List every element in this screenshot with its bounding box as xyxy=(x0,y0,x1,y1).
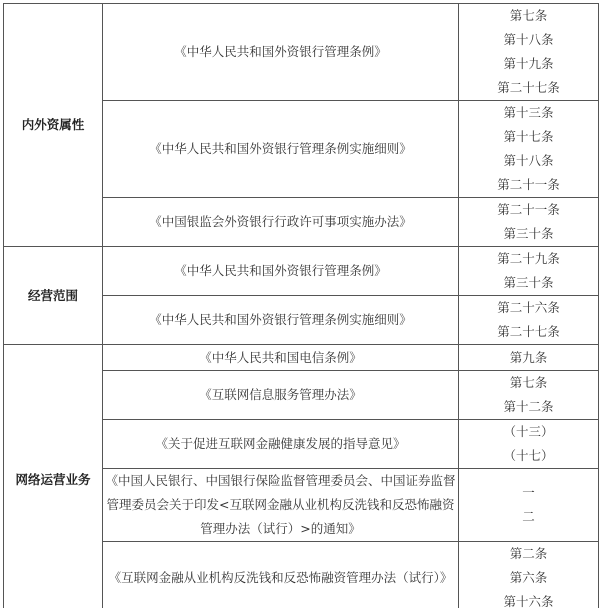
category-cell: 内外资属性 xyxy=(4,4,103,247)
law-title-cell: 《中国银监会外资银行行政许可事项实施办法》 xyxy=(103,198,459,247)
articles-cell: 第二十九条第三十条 xyxy=(459,247,599,296)
table-row: 经营范围《中华人民共和国外资银行管理条例》第二十九条第三十条 xyxy=(4,247,599,296)
article-item: 第三十条 xyxy=(459,271,598,295)
article-item: 第二十一条 xyxy=(459,198,598,222)
article-item: 第六条 xyxy=(459,566,598,590)
article-item: 第十七条 xyxy=(459,125,598,149)
article-item: 第七条 xyxy=(459,4,598,28)
article-item: 第二十一条 xyxy=(459,173,598,197)
article-item: 第十六条 xyxy=(459,590,598,608)
article-item: 第十二条 xyxy=(459,395,598,419)
articles-cell: （十三）（十七） xyxy=(459,420,599,469)
article-item: 第三十条 xyxy=(459,222,598,246)
category-cell: 网络运营业务 xyxy=(4,345,103,608)
article-item: 第九条 xyxy=(459,346,598,370)
regulations-table-body: 内外资属性《中华人民共和国外资银行管理条例》第七条第十八条第十九条第二十七条《中… xyxy=(4,4,599,608)
regulations-table: 内外资属性《中华人民共和国外资银行管理条例》第七条第十八条第十九条第二十七条《中… xyxy=(3,3,599,608)
article-item: 第十九条 xyxy=(459,52,598,76)
law-title-cell: 《中华人民共和国外资银行管理条例》 xyxy=(103,4,459,101)
article-item: 第二十七条 xyxy=(459,320,598,344)
law-title-cell: 《中国人民银行、中国银行保险监督管理委员会、中国证券监督管理委员会关于印发<互联… xyxy=(103,469,459,542)
articles-cell: 第二十六条第二十七条 xyxy=(459,296,599,345)
table-row: 内外资属性《中华人民共和国外资银行管理条例》第七条第十八条第十九条第二十七条 xyxy=(4,4,599,101)
law-title-cell: 《中华人民共和国外资银行管理条例》 xyxy=(103,247,459,296)
law-title-cell: 《互联网信息服务管理办法》 xyxy=(103,371,459,420)
articles-cell: 第二条第六条第十六条 xyxy=(459,542,599,608)
category-cell: 经营范围 xyxy=(4,247,103,345)
article-item: 第十八条 xyxy=(459,28,598,52)
article-item: 第二十六条 xyxy=(459,296,598,320)
law-title-cell: 《中华人民共和国电信条例》 xyxy=(103,345,459,371)
article-item: 二 xyxy=(459,505,598,529)
article-item: 第二条 xyxy=(459,542,598,566)
articles-cell: 第九条 xyxy=(459,345,599,371)
article-item: （十三） xyxy=(459,420,598,444)
articles-cell: 第七条第十二条 xyxy=(459,371,599,420)
law-title-cell: 《关于促进互联网金融健康发展的指导意见》 xyxy=(103,420,459,469)
article-item: 一 xyxy=(459,481,598,505)
article-item: 第二十七条 xyxy=(459,76,598,100)
law-title-cell: 《中华人民共和国外资银行管理条例实施细则》 xyxy=(103,296,459,345)
law-title-cell: 《互联网金融从业机构反洗钱和反恐怖融资管理办法（试行）》 xyxy=(103,542,459,608)
article-item: （十七） xyxy=(459,444,598,468)
article-item: 第十八条 xyxy=(459,149,598,173)
articles-cell: 一二 xyxy=(459,469,599,542)
article-item: 第十三条 xyxy=(459,101,598,125)
articles-cell: 第七条第十八条第十九条第二十七条 xyxy=(459,4,599,101)
article-item: 第二十九条 xyxy=(459,247,598,271)
table-row: 网络运营业务《中华人民共和国电信条例》第九条 xyxy=(4,345,599,371)
law-title-cell: 《中华人民共和国外资银行管理条例实施细则》 xyxy=(103,101,459,198)
articles-cell: 第二十一条第三十条 xyxy=(459,198,599,247)
article-item: 第七条 xyxy=(459,371,598,395)
articles-cell: 第十三条第十七条第十八条第二十一条 xyxy=(459,101,599,198)
